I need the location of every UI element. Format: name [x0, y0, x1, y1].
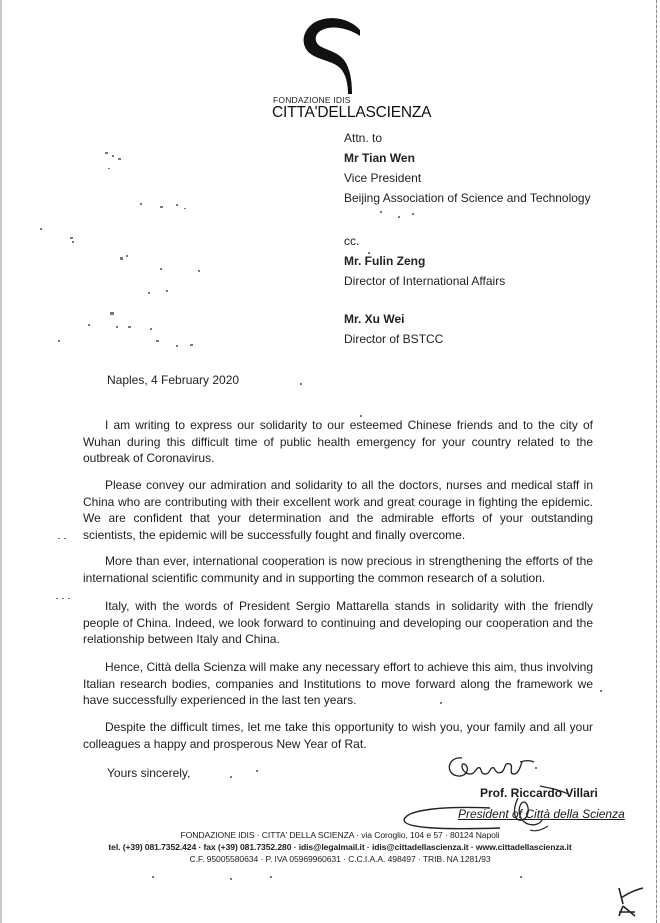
letter-page: FONDAZIONE IDIS CITTA'DELLASCIENZA Attn.…	[0, 0, 660, 923]
paragraph: Hence, Città della Scienza will make any…	[83, 659, 593, 709]
cc-person-title: Director of BSTCC	[344, 329, 505, 349]
paragraph: I am writing to express our solidarity t…	[83, 417, 593, 467]
swan-curve-logo-icon	[300, 14, 364, 94]
attn-label: Attn. to	[344, 128, 591, 148]
handwritten-initial-mark-icon	[615, 884, 645, 918]
handwritten-signature-icon	[440, 752, 540, 782]
cc-person-name: Mr. Xu Wei	[344, 309, 505, 329]
paragraph-text: Please convey our admiration and solidar…	[83, 477, 593, 543]
footer-address: FONDAZIONE IDIS · CITTA' DELLA SCIENZA ·…	[60, 830, 620, 840]
paragraph-text: Italy, with the words of President Sergi…	[83, 598, 593, 648]
paragraph: More than ever, international cooperatio…	[83, 553, 593, 586]
scan-edge-left	[0, 0, 2, 923]
cc-person-title: Director of International Affairs	[344, 271, 505, 291]
cc-label: cc.	[344, 231, 505, 251]
scan-edge-right	[656, 0, 657, 923]
recipient-organization: Beijing Association of Science and Techn…	[344, 188, 591, 208]
cc-block: cc. Mr. Fulin Zeng Director of Internati…	[344, 231, 505, 349]
org-name: CITTA'DELLASCIENZA	[272, 104, 431, 122]
cc-person-name: Mr. Fulin Zeng	[344, 251, 505, 271]
paragraph-text: I am writing to express our solidarity t…	[83, 417, 593, 467]
paragraph: Despite the difficult times, let me take…	[83, 719, 593, 752]
paragraph-text: Despite the difficult times, let me take…	[83, 719, 593, 752]
footer-contacts: tel. (+39) 081.7352.424 · fax (+39) 081.…	[60, 842, 620, 852]
closing-line: Yours sincerely,	[107, 766, 190, 780]
recipient-block: Attn. to Mr Tian Wen Vice President Beij…	[344, 128, 591, 208]
paragraph-text: Hence, Città della Scienza will make any…	[83, 659, 593, 709]
paragraph-text: More than ever, international cooperatio…	[83, 553, 593, 586]
paragraph: Italy, with the words of President Sergi…	[83, 598, 593, 648]
recipient-title: Vice President	[344, 168, 591, 188]
recipient-name: Mr Tian Wen	[344, 148, 591, 168]
date-line: Naples, 4 February 2020	[107, 373, 239, 387]
paragraph: Please convey our admiration and solidar…	[83, 477, 593, 543]
footer-registration: C.F. 95005580634 · P. IVA 05969960631 · …	[60, 854, 620, 864]
